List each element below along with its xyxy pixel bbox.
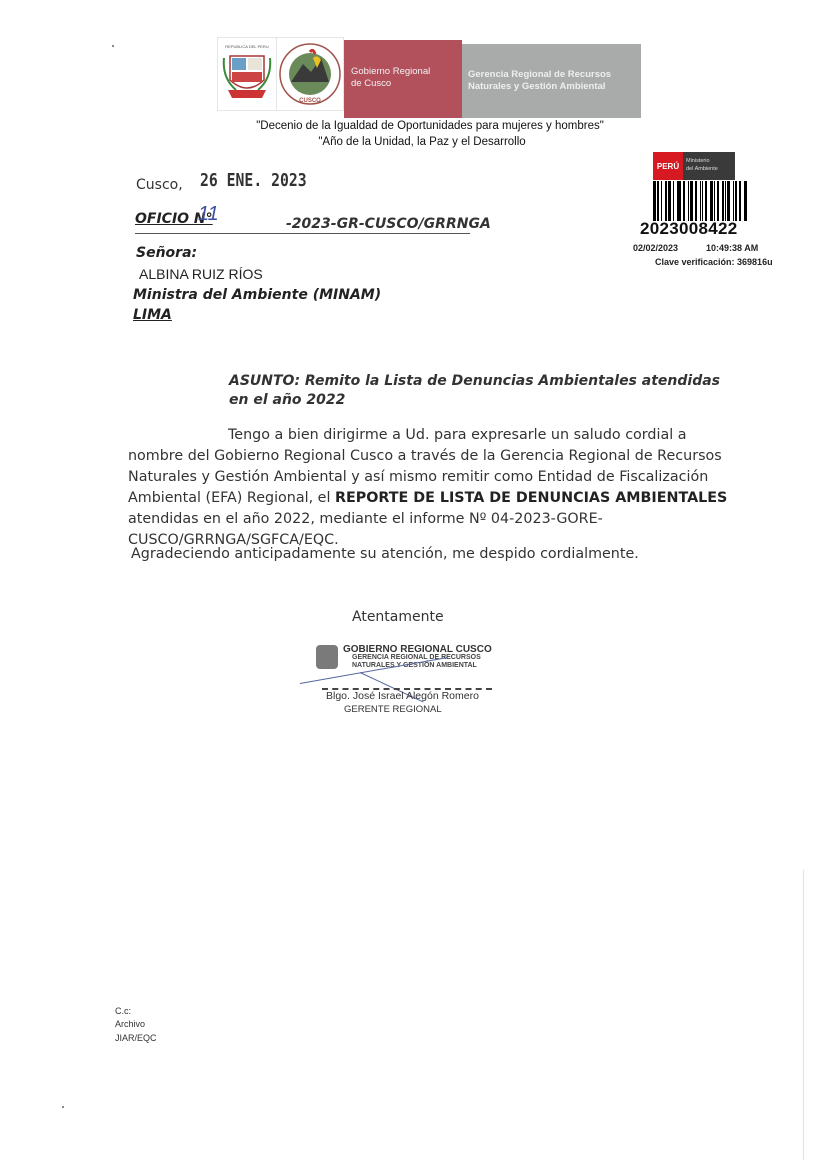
- motto-decenio: "Decenio de la Igualdad de Oportunidades…: [0, 119, 826, 134]
- cc-initials: JIAR/EQC: [115, 1033, 157, 1043]
- seal-line-2: GERENCIA REGIONAL DE RECURSOS: [352, 654, 481, 661]
- band-red-line2: de Cusco: [351, 78, 430, 90]
- body-paragraph-2: Agradeciendo anticipadamente su atención…: [131, 544, 731, 565]
- salutation: Señora:: [136, 245, 197, 261]
- scan-edge-line: [803, 870, 804, 1160]
- svg-text:CUSCO: CUSCO: [299, 98, 321, 104]
- cc-archivo: Archivo: [115, 1019, 145, 1029]
- peru-badge: PERÚ: [653, 152, 683, 180]
- addressee-name: ALBINA RUIZ RÍOS: [139, 266, 263, 282]
- body-p1-end: atendidas en el año 2022, mediante el in…: [128, 511, 603, 548]
- body-paragraph-1: Tengo a bien dirigirme a Ud. para expres…: [128, 425, 728, 551]
- gobierno-regional-cusco-logo: CUSCO: [276, 37, 344, 111]
- minam-stamp-header: PERÚ Ministerio del Ambiente: [653, 152, 735, 180]
- peru-coat-of-arms-logo: REPUBLICA DEL PERU: [217, 37, 277, 111]
- band-gray-line2: Naturales y Gestión Ambiental: [468, 81, 611, 93]
- band-gray-line1: Gerencia Regional de Recursos: [468, 69, 611, 81]
- stamp-time: 10:49:38 AM: [706, 243, 758, 253]
- gerencia-band: Gerencia Regional de Recursos Naturales …: [462, 44, 641, 118]
- oficio-code: -2023-GR-CUSCO/GRRNGA: [286, 216, 491, 232]
- addressee-city: LIMA: [133, 307, 172, 323]
- signer-name: Blgo. José Israel Alegón Romero: [326, 690, 479, 702]
- barcode-icon: [653, 181, 748, 221]
- svg-text:REPUBLICA DEL PERU: REPUBLICA DEL PERU: [225, 44, 269, 49]
- stamp-date: 02/02/2023: [633, 243, 678, 253]
- signer-role: GERENTE REGIONAL: [344, 704, 442, 715]
- letter-city: Cusco,: [136, 177, 183, 193]
- cc-label: C.c:: [115, 1006, 131, 1016]
- coat-of-arms-icon: REPUBLICA DEL PERU: [218, 38, 276, 110]
- subject-line: ASUNTO: Remito la Lista de Denuncias Amb…: [229, 372, 729, 410]
- registry-number: 2023008422: [640, 219, 738, 239]
- verification-key: Clave verificación: 369816u: [655, 257, 773, 267]
- motto-year: "Año de la Unidad, la Paz y el Desarroll…: [0, 135, 826, 150]
- oficio-number: 11: [198, 203, 219, 226]
- band-red-line1: Gobierno Regional: [351, 66, 430, 78]
- oficio-underline: [135, 233, 470, 234]
- ministry-line2: del Ambiente: [686, 165, 718, 173]
- body-p1-bold: REPORTE DE LISTA DE DENUNCIAS AMBIENTALE…: [335, 490, 727, 506]
- gobierno-regional-band: Gobierno Regional de Cusco: [344, 40, 462, 118]
- scan-speck: [62, 1106, 64, 1108]
- closing: Atentamente: [352, 609, 444, 625]
- ministry-line1: Ministerio: [686, 157, 718, 165]
- regional-seal-icon: CUSCO: [277, 38, 343, 110]
- seal-coat-of-arms-icon: [316, 645, 338, 669]
- scan-speck: [112, 45, 114, 47]
- addressee-position: Ministra del Ambiente (MINAM): [133, 287, 381, 303]
- letter-date: 26 ENE. 2023: [200, 170, 307, 191]
